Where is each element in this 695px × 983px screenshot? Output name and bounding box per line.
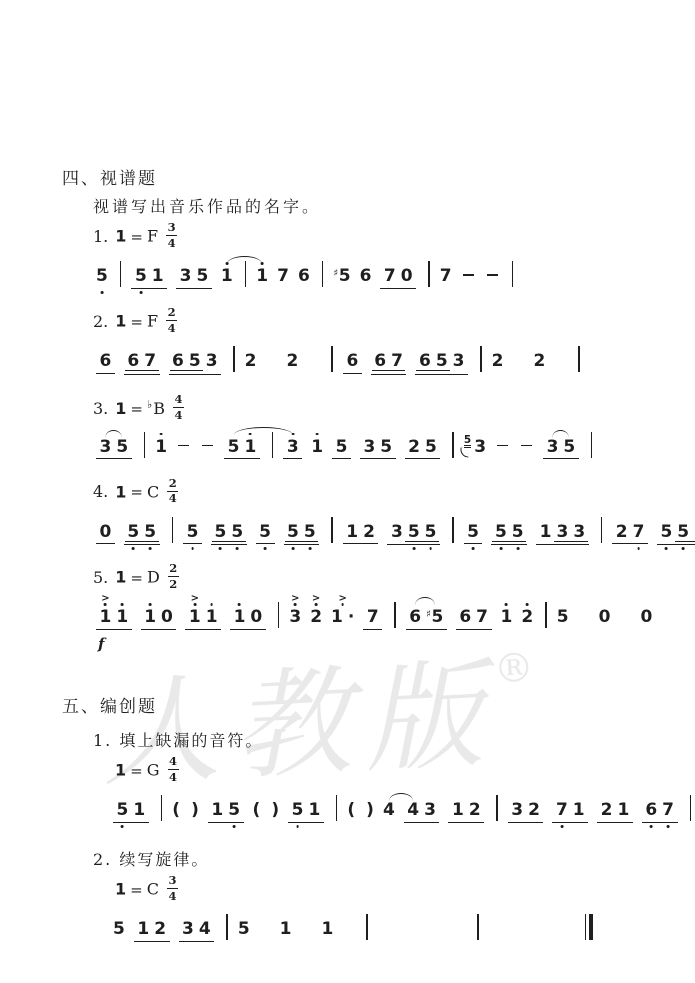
jianpu-note: 3	[424, 802, 436, 819]
augmentation-dot: ·	[348, 609, 354, 626]
jianpu-score-line: 1>1101>1103>2>1·>76♯56712500f	[96, 589, 695, 644]
equals: =	[130, 228, 143, 246]
jianpu-note: 2	[521, 609, 533, 626]
octave-dot-above	[316, 433, 319, 436]
beam-group: 51	[224, 439, 260, 460]
jianpu-note: 6	[459, 609, 471, 626]
jianpu-note: 1	[152, 268, 164, 285]
beam-group: 5	[183, 524, 202, 545]
jianpu-note: 5	[408, 524, 420, 541]
barline	[278, 602, 280, 628]
jianpu-note: ♯5	[426, 606, 443, 626]
section-intro: 视谱写出音乐作品的名字。	[93, 196, 695, 218]
barline	[512, 261, 514, 287]
beam-group: 67	[456, 609, 492, 630]
jianpu-note: 1	[244, 439, 256, 456]
beam-group: 5	[464, 524, 483, 545]
barline	[452, 517, 454, 543]
beam-group: 67	[124, 353, 160, 375]
jianpu-note: 7	[384, 268, 396, 285]
jianpu-note: 5	[336, 439, 348, 456]
slur	[389, 793, 413, 801]
octave-dot-above	[121, 603, 124, 606]
key-letter: B	[153, 399, 165, 418]
jianpu-note: 2	[245, 353, 257, 370]
barline	[366, 914, 368, 940]
jianpu-note: 7	[391, 353, 403, 370]
slur	[234, 427, 293, 435]
equals: =	[130, 569, 143, 587]
jianpu-note: 1	[280, 921, 292, 938]
barline	[331, 517, 333, 543]
jianpu-note: 1	[617, 802, 629, 819]
key-signature-line: 1=C34	[115, 875, 695, 901]
item-prompt: 2. 续写旋律。	[93, 849, 695, 871]
slur	[552, 430, 569, 438]
duration-dash	[178, 445, 189, 447]
jianpu-note: 5	[563, 439, 575, 456]
meter-numerator: 2	[166, 307, 177, 319]
grace-digit: 5	[464, 435, 471, 446]
jianpu-note: 5	[117, 802, 129, 819]
jianpu-note: 1	[308, 802, 320, 819]
jianpu-note: 3	[547, 439, 559, 456]
octave-dot-below	[499, 547, 502, 550]
slur	[227, 256, 262, 264]
octave-dot-below	[236, 547, 239, 550]
beam-group: 55	[211, 524, 247, 546]
beam-group: 70	[380, 268, 416, 289]
item-prompt-text: 填上缺漏的音符。	[119, 731, 263, 750]
tonic: 1	[115, 312, 126, 331]
octave-dot-below	[219, 547, 222, 550]
jianpu-note: 3	[180, 268, 192, 285]
barline	[120, 261, 122, 287]
jianpu-note: 5	[189, 353, 201, 370]
jianpu-note: 5	[292, 802, 304, 819]
question-item: 5.1=D221>1101>1103>2>1·>76♯56712500f	[62, 563, 695, 644]
jianpu-note: 5	[304, 524, 316, 541]
meter-numerator: 3	[167, 875, 178, 887]
jianpu-note: 3	[182, 921, 194, 938]
jianpu-note: 3	[100, 439, 112, 456]
jianpu-note: 0	[640, 609, 652, 626]
jianpu-note: 1	[137, 921, 149, 938]
beam-group: 1>1	[185, 609, 221, 630]
jianpu-note: 5	[512, 524, 524, 541]
beam-group: 5	[256, 524, 275, 545]
sharp-sign: ♯	[426, 609, 431, 620]
jianpu-note: 5	[228, 802, 240, 819]
beam-group: 35	[360, 439, 396, 460]
octave-dot-below	[132, 547, 135, 550]
jianpu-note: 5	[113, 921, 125, 938]
barline	[496, 795, 498, 821]
jianpu-note: 2	[408, 439, 420, 456]
double-beam-group: 55	[405, 524, 439, 542]
jianpu-note: 3	[573, 524, 585, 541]
octave-dot-above	[238, 603, 241, 606]
tonic: 1	[115, 880, 126, 899]
key-signature-line: 4.1=C24	[93, 478, 695, 504]
barline	[591, 432, 593, 458]
jianpu-note: 5	[380, 439, 392, 456]
octave-dot-below	[429, 547, 432, 550]
jianpu-note: 6	[172, 353, 184, 370]
key-signature-line: 1=G44	[115, 756, 695, 782]
time-signature: 44	[168, 756, 179, 783]
jianpu-note: 0	[100, 524, 112, 541]
jianpu-score-line: 551351176♯56707	[96, 248, 695, 303]
octave-dot-below	[560, 825, 563, 828]
section-number: 五、	[62, 697, 100, 717]
jianpu-score-line: 51234511	[113, 901, 695, 956]
octave-dot-below	[637, 547, 640, 550]
jianpu-note: 6	[374, 353, 386, 370]
jianpu-note: 3	[453, 353, 465, 370]
beam-group: 12	[448, 802, 484, 823]
beam-group: 1>1	[96, 609, 132, 630]
beam-group: 355	[387, 524, 440, 546]
barline	[161, 795, 163, 821]
duration-dash	[487, 274, 498, 276]
jianpu-note: 1	[211, 802, 223, 819]
beam-group: 653	[169, 353, 222, 375]
beam-group: 35	[176, 268, 212, 289]
question-item: 1.1=F34551351176♯56707	[62, 222, 695, 303]
beam-group: 51	[113, 802, 149, 823]
section-composition: 五、编创题 1. 填上缺漏的音符。1=G4451()15()51()443123…	[62, 696, 695, 956]
jianpu-note: 6	[409, 609, 421, 626]
jianpu-note: 5	[259, 524, 271, 541]
octave-dot-above	[505, 603, 508, 606]
octave-dot-below	[264, 547, 267, 550]
item-number: 2.	[93, 850, 119, 869]
barline	[331, 346, 333, 372]
beam-group: 43	[404, 802, 440, 823]
double-beam-group: 65	[416, 353, 450, 371]
jianpu-note: 3>	[289, 609, 301, 626]
dynamic-f: f	[98, 636, 104, 653]
jianpu-note: 3	[474, 439, 486, 456]
time-signature: 22	[168, 563, 179, 590]
final-barline-thin	[585, 914, 587, 940]
section-heading: 五、编创题	[62, 696, 695, 718]
beam-group: 12	[343, 524, 379, 545]
duration-dash	[202, 445, 213, 447]
beam-group: 3	[283, 439, 302, 460]
jianpu-note: 5	[238, 921, 250, 938]
jianpu-note: 5	[127, 524, 139, 541]
jianpu-note: 1	[346, 524, 358, 541]
jianpu-note: 5	[287, 524, 299, 541]
item-prompt: 1. 填上缺漏的音符。	[93, 730, 695, 752]
barline	[245, 261, 247, 287]
jianpu-note: 1	[322, 921, 334, 938]
equals: =	[130, 313, 143, 331]
barline	[322, 261, 324, 287]
double-beam-group: 55	[285, 524, 319, 542]
item-number: 2.	[93, 312, 108, 331]
jianpu-note: 1	[540, 524, 552, 541]
beam-group: 55	[284, 524, 320, 546]
key-letter: C	[147, 482, 159, 501]
jianpu-note: 5	[425, 524, 437, 541]
octave-dot-below	[292, 547, 295, 550]
octave-dot-below	[665, 547, 668, 550]
item-prompt-text: 续写旋律。	[119, 850, 209, 869]
barline	[480, 346, 482, 372]
beam-group: 32	[508, 802, 544, 823]
barline	[336, 795, 338, 821]
jianpu-note: 0	[401, 268, 413, 285]
barline	[233, 346, 235, 372]
octave-dot-below	[650, 825, 653, 828]
octave-dot-below	[308, 547, 311, 550]
beam-group: 34	[179, 921, 215, 942]
key-signature-line: 5.1=D22	[93, 563, 695, 589]
grace-note: 5	[464, 430, 471, 449]
meter-numerator: 3	[166, 222, 177, 234]
jianpu-note: 4	[383, 802, 395, 819]
jianpu-note: 5	[231, 524, 243, 541]
barline	[477, 914, 479, 940]
accent-mark: >	[338, 594, 346, 603]
section-title: 视谱题	[100, 169, 157, 189]
beam-group: 67	[371, 353, 407, 375]
tonic: 1	[115, 761, 126, 780]
final-barline	[585, 914, 594, 940]
final-barline-thick	[589, 914, 594, 940]
question-item: 3.1=♭B443515131535255335	[62, 393, 695, 474]
double-beam-group: 65	[170, 353, 204, 371]
jianpu-note: 5	[214, 524, 226, 541]
jianpu-note: 5	[660, 524, 672, 541]
octave-dot-below	[191, 547, 194, 550]
key-signature-line: 2.1=F24	[93, 307, 695, 333]
double-beam-group: 67	[372, 353, 406, 371]
jianpu-note: 3	[363, 439, 375, 456]
jianpu-note: 7	[633, 524, 645, 541]
jianpu-note: 6	[346, 353, 358, 370]
jianpu-note: 2	[492, 353, 504, 370]
beam-group: 35	[96, 439, 132, 460]
page: 人教版® 四、视谱题 视谱写出音乐作品的名字。 1.1=F34551351176…	[0, 0, 695, 983]
tonic: 1	[115, 399, 126, 418]
jianpu-note: 2>	[310, 609, 322, 626]
section-title: 编创题	[100, 697, 157, 717]
jianpu-note: 7	[440, 268, 452, 285]
beam-group: 10	[230, 609, 266, 630]
question-item: 4.1=C240555555551235555513327555	[62, 478, 695, 560]
jianpu-note: 3	[287, 439, 299, 456]
question-item: 2.1=F246676532266765322	[62, 307, 695, 389]
jianpu-note: 5	[96, 268, 108, 285]
beam-group: 55	[124, 524, 160, 546]
key-letter: F	[147, 227, 158, 246]
jianpu-note: 3	[206, 353, 218, 370]
item-number: 4.	[93, 482, 108, 501]
jianpu-note: 1	[116, 609, 128, 626]
beam-group: 35	[543, 439, 579, 460]
jianpu-note: 5	[196, 268, 208, 285]
barline	[394, 602, 396, 628]
beam-group: 51	[131, 268, 167, 289]
sight-reading-items: 1.1=F34551351176♯567072.1=F2466765322667…	[62, 222, 695, 644]
beam-group: 25	[405, 439, 441, 460]
jianpu-note: 0	[599, 609, 611, 626]
jianpu-note: 2	[287, 353, 299, 370]
grace-underline: 5	[464, 433, 471, 449]
time-signature: 24	[167, 478, 178, 505]
barline	[452, 432, 454, 458]
key-signature-line: 1.1=F34	[93, 222, 695, 248]
jianpu-note: 5	[116, 439, 128, 456]
jianpu-note: 3	[391, 524, 403, 541]
jianpu-note: 1>	[189, 609, 201, 626]
double-beam-group: 55	[212, 524, 246, 542]
time-signature: 44	[173, 394, 184, 421]
question-item: 2. 续写旋律。1=C3451234511	[62, 849, 695, 956]
key-letter: F	[147, 312, 158, 331]
sharp-sign: ♯	[333, 268, 338, 279]
jianpu-note: 7	[144, 353, 156, 370]
tonic: 1	[115, 482, 126, 501]
jianpu-note: 1>	[100, 609, 112, 626]
section-heading: 四、视谱题	[62, 168, 695, 190]
octave-dot-below	[412, 547, 415, 550]
barline	[144, 432, 146, 458]
slur	[105, 430, 122, 438]
barline	[226, 914, 228, 940]
jianpu-note: 1	[221, 268, 233, 285]
equals: =	[130, 762, 143, 780]
blank-parentheses: ()	[172, 802, 199, 819]
key-signature-line: 3.1=♭B44	[93, 393, 695, 419]
jianpu-note: 6	[127, 353, 139, 370]
jianpu-score-line: 3515131535255335	[96, 419, 695, 474]
duration-dash	[521, 445, 532, 447]
key-letter: D	[147, 568, 160, 587]
beam-group: 12	[134, 921, 170, 942]
slur	[415, 597, 435, 605]
octave-dot-below	[296, 825, 299, 828]
jianpu-note: 6	[419, 353, 431, 370]
jianpu-note: 4	[199, 921, 211, 938]
key-letter: C	[147, 880, 159, 899]
octave-dot-above	[160, 433, 163, 436]
accent-mark: >	[312, 594, 320, 603]
beam-group: 27	[612, 524, 648, 545]
jianpu-note: 5	[144, 524, 156, 541]
jianpu-note: 2	[154, 921, 166, 938]
section-number: 四、	[62, 169, 100, 189]
section-sight-reading: 四、视谱题 视谱写出音乐作品的名字。 1.1=F34551351176♯5670…	[62, 168, 695, 644]
jianpu-score-line: 6676532266765322	[96, 333, 695, 389]
jianpu-note: 7	[476, 609, 488, 626]
beam-group: 6♯5	[406, 606, 447, 630]
beam-group: 0	[96, 524, 115, 545]
blank-parentheses: ()	[253, 802, 280, 819]
jianpu-note: 2	[533, 353, 545, 370]
octave-dot-below	[121, 825, 124, 828]
barline	[272, 432, 274, 458]
jianpu-note: 7	[662, 802, 674, 819]
octave-dot-above	[210, 603, 213, 606]
jianpu-note: 1	[452, 802, 464, 819]
jianpu-note: 1	[311, 439, 323, 456]
beam-group: 10	[141, 609, 177, 630]
jianpu-note: 5	[436, 353, 448, 370]
jianpu-note: 5	[187, 524, 199, 541]
jianpu-note: 3	[556, 524, 568, 541]
item-number: 3.	[93, 399, 108, 418]
jianpu-note: 1·>	[331, 609, 354, 626]
jianpu-note: 1	[144, 609, 156, 626]
tonic: 1	[115, 227, 126, 246]
jianpu-note: 4	[407, 802, 419, 819]
accent-mark: >	[101, 594, 109, 603]
barline	[601, 517, 603, 543]
jianpu-note: 2	[616, 524, 628, 541]
jianpu-note: 6	[360, 268, 372, 285]
jianpu-note: 5	[425, 439, 437, 456]
jianpu-note: 5	[467, 524, 479, 541]
meter-numerator: 4	[173, 394, 184, 406]
time-signature: 34	[166, 222, 177, 249]
double-beam-group: 55	[125, 524, 159, 542]
beam-group: 5	[332, 439, 351, 460]
jianpu-note: 5	[135, 268, 147, 285]
jianpu-note: 5	[495, 524, 507, 541]
meter-numerator: 4	[168, 756, 179, 768]
jianpu-note: 1	[256, 268, 268, 285]
time-signature: 24	[166, 307, 177, 334]
jianpu-note: 1	[206, 609, 218, 626]
jianpu-note: 7	[277, 268, 289, 285]
content: 四、视谱题 视谱写出音乐作品的名字。 1.1=F34551351176♯5670…	[0, 0, 695, 956]
jianpu-note: 5	[677, 524, 689, 541]
composition-items: 1. 填上缺漏的音符。1=G4451()15()51()443123271216…	[62, 730, 695, 956]
octave-dot-below	[101, 291, 104, 294]
beam-group: 71	[552, 802, 588, 823]
barline	[545, 602, 547, 628]
jianpu-note: 6	[100, 353, 112, 370]
beam-group: 6	[96, 353, 115, 374]
jianpu-score-line: 51()15()51()443123271216710	[113, 782, 695, 837]
question-item: 1. 填上缺漏的音符。1=G4451()15()51()443123271216…	[62, 730, 695, 837]
octave-dot-below	[667, 825, 670, 828]
beam-group: 67	[642, 802, 678, 823]
jianpu-note: 7	[367, 609, 379, 626]
beam-group: 555	[657, 524, 695, 546]
jianpu-note: 7	[556, 802, 568, 819]
jianpu-note: 1	[133, 802, 145, 819]
tonic: 1	[115, 568, 126, 587]
jianpu-note: 2	[601, 802, 613, 819]
jianpu-note: 6	[298, 268, 310, 285]
beam-group: 15	[208, 802, 244, 823]
jianpu-note: ♯5	[333, 265, 350, 285]
equals: =	[130, 400, 143, 418]
double-beam-group: 33	[554, 524, 588, 542]
duration-dash	[497, 445, 508, 447]
barline	[690, 795, 692, 821]
jianpu-note: 1	[234, 609, 246, 626]
barline	[172, 517, 174, 543]
double-beam-group: 67	[125, 353, 159, 371]
jianpu-note: 2	[363, 524, 375, 541]
